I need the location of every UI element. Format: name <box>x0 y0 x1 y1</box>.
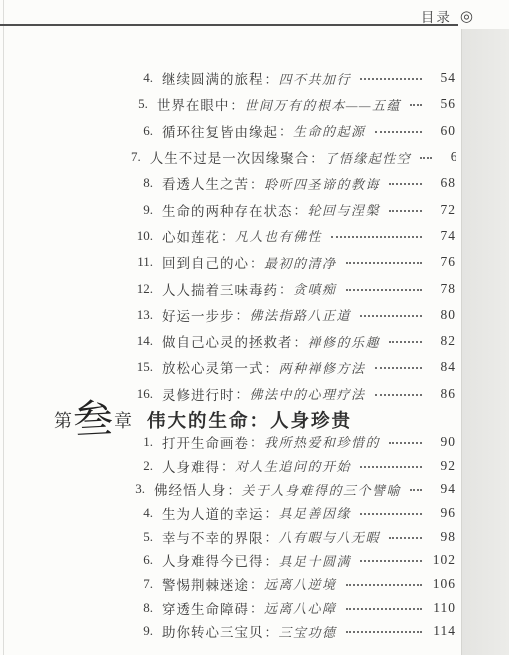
header-rule <box>0 24 458 26</box>
entry-title: 人身难得今已得 <box>162 550 264 570</box>
page-edge-shadow <box>461 29 509 655</box>
entry-subtitle: 禅修的乐趣 <box>308 332 381 351</box>
entry-colon: ： <box>265 527 278 546</box>
entry-subtitle: 具足十圆满 <box>279 551 352 570</box>
toc-entry[interactable]: 4.继续圆满的旅程：四不共加行54 <box>131 65 456 91</box>
entry-subtitle: 三宝功德 <box>279 622 337 641</box>
dot-leader <box>420 157 432 159</box>
entry-colon: ： <box>265 358 278 377</box>
toc-entry[interactable]: 12.人人揣着三味毒药：贪嗔痴78 <box>131 275 456 301</box>
entry-page-number: 96 <box>430 505 456 521</box>
toc-header-label: 目录 <box>421 6 452 26</box>
entry-page-number: 102 <box>430 552 456 568</box>
entry-title: 佛经悟人身 <box>154 479 227 499</box>
entry-number: 5. <box>131 529 153 545</box>
entry-title: 循环往复皆由缘起 <box>162 121 278 141</box>
entry-colon: ： <box>265 69 278 88</box>
toc-page: 目录 ◎ 4.继续圆满的旅程：四不共加行54 5.世界在眼中：世间万有的根本——… <box>0 0 509 655</box>
entry-colon: ： <box>310 148 323 167</box>
entry-subtitle: 世间万有的根本——五蕴 <box>244 95 401 114</box>
entry-subtitle: 远离八心障 <box>264 598 337 617</box>
toc-entry[interactable]: 9.助你转心三宝贝：三宝功德114 <box>131 620 456 644</box>
chapter3-entry-list: 1.打开生命画卷：我所热爱和珍惜的90 2.人身难得：对人生追问的开始92 3.… <box>131 430 456 643</box>
chapter2-entry-list: 4.继续圆满的旅程：四不共加行54 5.世界在眼中：世间万有的根本——五蕴56 … <box>131 65 456 407</box>
entry-subtitle: 远离八逆境 <box>264 574 337 593</box>
entry-number: 5. <box>131 96 148 112</box>
entry-number: 11. <box>131 254 153 270</box>
entry-page-number: 114 <box>430 623 456 639</box>
entry-colon: ： <box>294 200 307 219</box>
entry-title: 放松心灵第一式 <box>162 357 264 377</box>
toc-entry[interactable]: 15.放松心灵第一式：两种禅修方法84 <box>131 354 456 380</box>
dot-leader <box>389 183 422 185</box>
toc-entry[interactable]: 13.好运一步步：佛法指路八正道80 <box>131 302 456 328</box>
entry-number: 1. <box>131 434 153 450</box>
entry-number: 3. <box>131 481 145 497</box>
entry-colon: ： <box>250 253 263 272</box>
entry-title: 做自己心灵的拯救者 <box>162 331 293 351</box>
toc-entry[interactable]: 9.生命的两种存在状态：轮回与涅槃72 <box>131 196 456 222</box>
entry-title: 人身难得 <box>162 456 220 476</box>
entry-title: 生为人道的幸运 <box>162 503 264 523</box>
entry-colon: ： <box>250 574 263 593</box>
entry-colon: ： <box>230 95 243 114</box>
entry-page-number: 84 <box>430 359 456 375</box>
entry-title: 生命的两种存在状态 <box>162 200 293 220</box>
dot-leader <box>346 289 422 291</box>
entry-title: 幸与不幸的界限 <box>162 527 264 547</box>
chapter-prefix: 第 <box>54 407 72 433</box>
dot-leader <box>346 584 422 586</box>
entry-title: 助你转心三宝贝 <box>162 621 264 641</box>
entry-title: 好运一步步 <box>162 305 235 325</box>
entry-page-number: 82 <box>430 333 456 349</box>
toc-entry[interactable]: 1.打开生命画卷：我所热爱和珍惜的90 <box>131 430 456 454</box>
dot-leader <box>375 367 422 369</box>
chapter-number-label: 第 叁 章 <box>54 398 132 442</box>
entry-colon: ： <box>250 598 263 617</box>
entry-number: 2. <box>131 458 153 474</box>
entry-colon: ： <box>265 503 278 522</box>
dot-leader <box>389 210 422 212</box>
entry-number: 9. <box>131 623 153 639</box>
entry-colon: ： <box>294 332 307 351</box>
entry-page-number: 62 <box>440 149 456 165</box>
entry-page-number: 76 <box>430 254 456 270</box>
entry-number: 8. <box>131 600 153 616</box>
entry-colon: ： <box>250 432 263 451</box>
dot-leader <box>346 608 422 610</box>
entry-colon: ： <box>279 121 292 140</box>
entry-colon: ： <box>265 551 278 570</box>
entry-subtitle: 对人生追问的开始 <box>235 456 351 475</box>
entry-number: 6. <box>131 123 153 139</box>
dot-leader <box>360 513 422 515</box>
toc-entry[interactable]: 10.心如莲花：凡人也有佛性74 <box>131 223 456 249</box>
entry-colon: ： <box>221 456 234 475</box>
dot-leader <box>360 560 422 562</box>
entry-page-number: 92 <box>430 458 456 474</box>
entry-subtitle: 轮回与涅槃 <box>308 200 381 219</box>
entry-subtitle: 关于人身难得的三个譬喻 <box>241 480 401 499</box>
entry-page-number: 94 <box>430 481 456 497</box>
dot-leader <box>331 236 422 238</box>
entry-number: 13. <box>131 307 153 323</box>
entry-number: 12. <box>131 281 153 297</box>
toc-entry[interactable]: 7.警惕荆棘迷途：远离八逆境106 <box>131 572 456 596</box>
entry-subtitle: 生命的起源 <box>293 121 366 140</box>
entry-page-number: 98 <box>430 529 456 545</box>
entry-number: 15. <box>131 359 153 375</box>
entry-number: 4. <box>131 505 153 521</box>
toc-entry[interactable]: 6.循环往复皆由缘起：生命的起源60 <box>131 118 456 144</box>
entry-number: 6. <box>131 552 153 568</box>
toc-entry[interactable]: 3.佛经悟人身：关于人身难得的三个譬喻94 <box>131 477 456 501</box>
dot-leader <box>375 131 422 133</box>
entry-title: 穿透生命障碍 <box>162 598 249 618</box>
page-header: 目录 ◎ <box>421 6 473 26</box>
entry-page-number: 68 <box>430 175 456 191</box>
entry-colon: ： <box>236 305 249 324</box>
entry-title: 看透人生之苦 <box>162 173 249 193</box>
entry-subtitle: 凡人也有佛性 <box>235 226 322 245</box>
entry-number: 9. <box>131 202 153 218</box>
entry-subtitle: 四不共加行 <box>279 69 352 88</box>
entry-subtitle: 聆听四圣谛的教诲 <box>264 174 380 193</box>
toc-entry[interactable]: 4.生为人道的幸运：具足善因缘96 <box>131 501 456 525</box>
entry-colon: ： <box>227 480 240 499</box>
entry-page-number: 78 <box>430 281 456 297</box>
entry-page-number: 90 <box>430 434 456 450</box>
double-circle-icon: ◎ <box>460 7 473 26</box>
entry-title: 打开生命画卷 <box>162 432 249 452</box>
toc-entry[interactable]: 11.回到自己的心：最初的清净76 <box>131 249 456 275</box>
dot-leader <box>389 442 422 444</box>
toc-entry[interactable]: 5.世界在眼中：世间万有的根本——五蕴56 <box>131 91 456 117</box>
toc-entry[interactable]: 2.人身难得：对人生追问的开始92 <box>131 454 456 478</box>
chapter-suffix: 章 <box>114 407 132 433</box>
entry-page-number: 106 <box>430 576 456 592</box>
toc-entry[interactable]: 14.做自己心灵的拯救者：禅修的乐趣82 <box>131 328 456 354</box>
entry-page-number: 56 <box>430 96 456 112</box>
entry-title: 世界在眼中 <box>157 94 230 114</box>
dot-leader <box>410 489 422 491</box>
dot-leader <box>410 104 422 106</box>
entry-page-number: 54 <box>430 70 456 86</box>
entry-page-number: 86 <box>430 386 456 402</box>
entry-subtitle: 最初的清净 <box>264 253 337 272</box>
entry-number: 4. <box>131 70 153 86</box>
entry-page-number: 60 <box>430 123 456 139</box>
entry-title: 人生不过是一次因缘聚合 <box>150 147 310 167</box>
page-spine-line <box>3 0 4 655</box>
toc-entry[interactable]: 5.幸与不幸的界限：八有暇与八无暇98 <box>131 525 456 549</box>
entry-subtitle: 佛法指路八正道 <box>250 305 352 324</box>
entry-page-number: 80 <box>430 307 456 323</box>
entry-colon: ： <box>221 226 234 245</box>
dot-leader <box>346 262 422 264</box>
entry-subtitle: 我所热爱和珍惜的 <box>264 432 380 451</box>
entry-subtitle: 八有暇与八无暇 <box>279 527 381 546</box>
toc-entry[interactable]: 8.穿透生命障碍：远离八心障110 <box>131 596 456 620</box>
entry-number: 8. <box>131 175 153 191</box>
dot-leader <box>389 341 422 343</box>
dot-leader <box>360 315 422 317</box>
entry-page-number: 72 <box>430 202 456 218</box>
entry-title: 继续圆满的旅程 <box>162 68 264 88</box>
entry-title: 警惕荆棘迷途 <box>162 574 249 594</box>
entry-title: 回到自己的心 <box>162 252 249 272</box>
dot-leader <box>360 78 422 80</box>
entry-number: 7. <box>131 149 141 165</box>
entry-number: 10. <box>131 228 153 244</box>
dot-leader <box>375 394 422 396</box>
entry-page-number: 74 <box>430 228 456 244</box>
entry-number: 7. <box>131 576 153 592</box>
toc-entry[interactable]: 6.人身难得今已得：具足十圆满102 <box>131 548 456 572</box>
toc-entry[interactable]: 7.人生不过是一次因缘聚合：了悟缘起性空62 <box>131 144 456 170</box>
entry-subtitle: 了悟缘起性空 <box>324 148 411 167</box>
entry-subtitle: 两种禅修方法 <box>279 358 366 377</box>
entry-subtitle: 贪嗔痴 <box>293 279 337 298</box>
entry-title: 心如莲花 <box>162 226 220 246</box>
entry-colon: ： <box>265 622 278 641</box>
dot-leader <box>389 537 422 539</box>
dot-leader <box>360 466 422 468</box>
toc-entry[interactable]: 8.看透人生之苦：聆听四圣谛的教诲68 <box>131 170 456 196</box>
entry-page-number: 110 <box>430 600 456 616</box>
chapter-numeral-calligraphy: 叁 <box>72 397 114 443</box>
entry-colon: ： <box>250 174 263 193</box>
entry-number: 14. <box>131 333 153 349</box>
dot-leader <box>346 631 422 633</box>
entry-subtitle: 具足善因缘 <box>279 503 352 522</box>
entry-colon: ： <box>279 279 292 298</box>
entry-title: 人人揣着三味毒药 <box>162 279 278 299</box>
